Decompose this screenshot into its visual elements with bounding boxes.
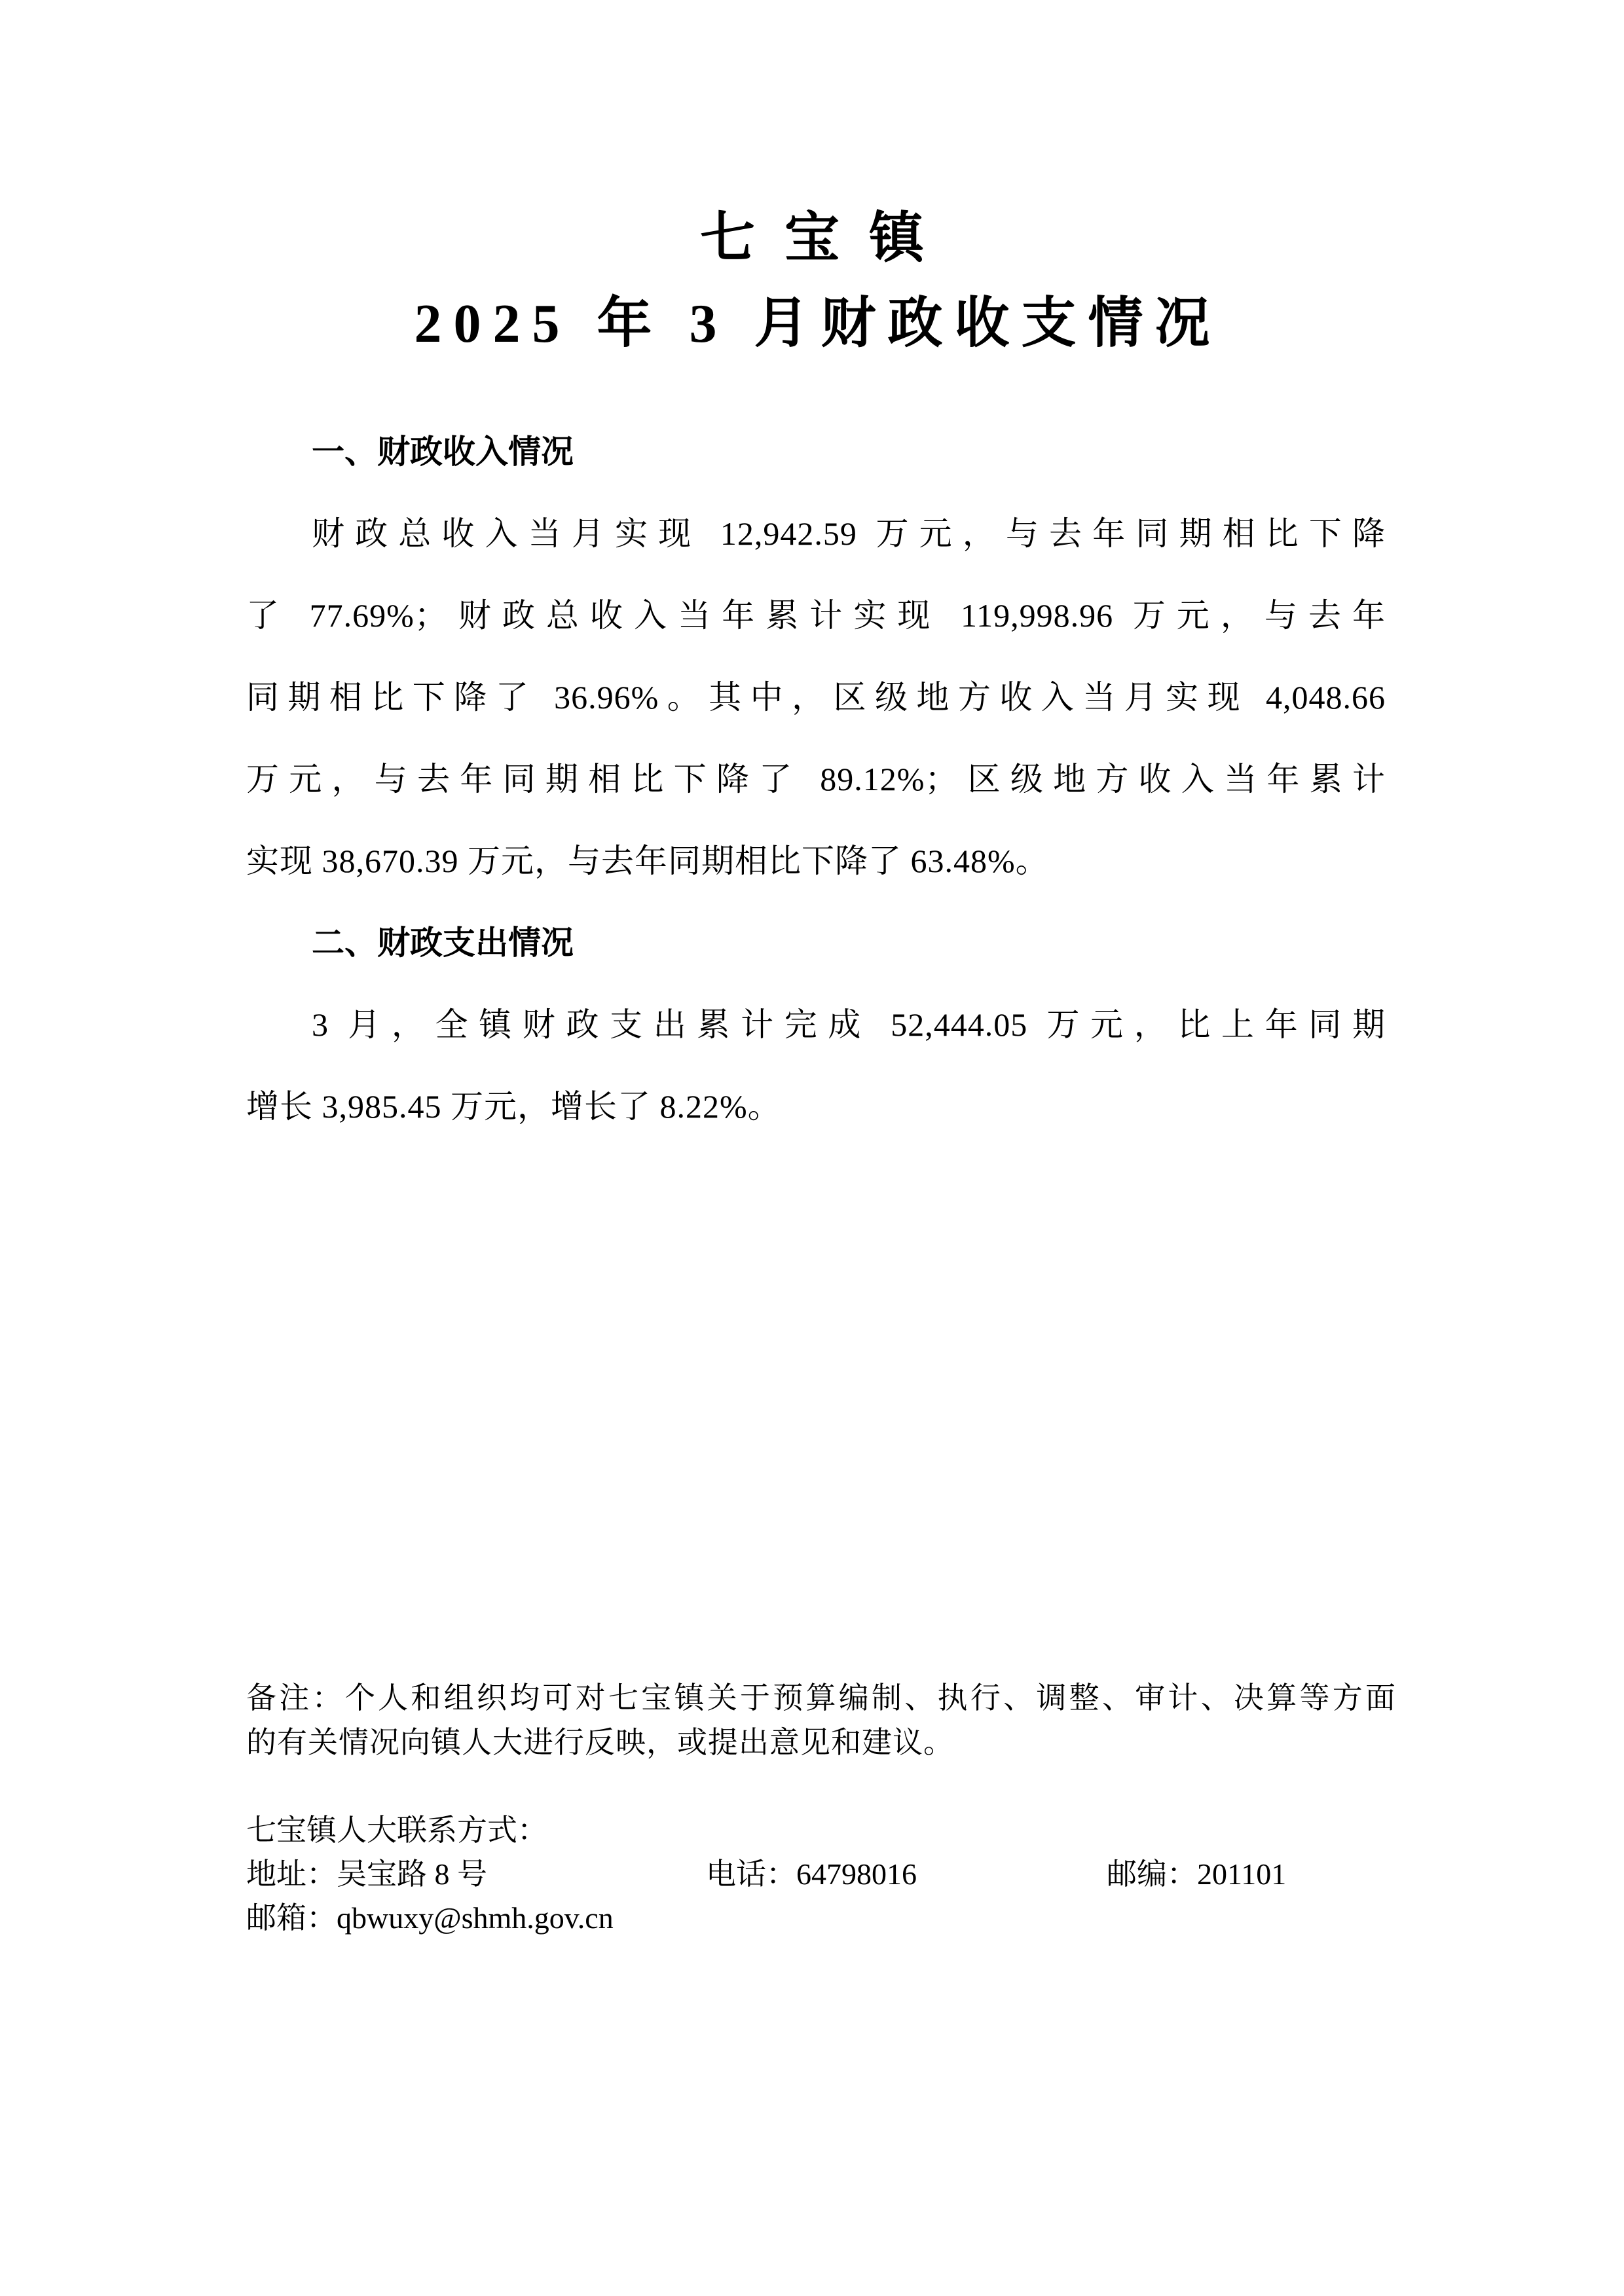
paragraph-expenditure: 3 月，全镇财政支出累计完成 52,444.05 万元，比上年同期增长 3,98… <box>246 984 1386 1148</box>
text-line: 财政总收入当月实现 12,942.59 万元，与去年同期相比下降 <box>246 493 1386 575</box>
contact-block: 七宝镇人大联系方式： 地址：吴宝路 8 号 电话：64798016 邮编：201… <box>246 1808 1396 1940</box>
contact-row: 地址：吴宝路 8 号 电话：64798016 邮编：201101 <box>246 1852 1396 1896</box>
contact-email: 邮箱：qbwuxy@shmh.gov.cn <box>246 1896 1396 1940</box>
text-line: 增长 3,985.45 万元，增长了 8.22%。 <box>246 1066 1386 1148</box>
paragraph-revenue: 财政总收入当月实现 12,942.59 万元，与去年同期相比下降了 77.69%… <box>246 493 1386 902</box>
title-line-2: 2025 年 3 月财政收支情况 <box>0 282 1624 367</box>
title-line-1: 七宝镇 <box>0 196 1624 282</box>
text-line: 的有关情况向镇人大进行反映，或提出意见和建议。 <box>246 1721 1396 1765</box>
contact-heading: 七宝镇人大联系方式： <box>246 1808 1396 1852</box>
text-line: 备注：个人和组织均可对七宝镇关于预算编制、执行、调整、审计、决算等方面 <box>246 1676 1396 1721</box>
text-line: 万元，与去年同期相比下降了 89.12%；区级地方收入当年累计 <box>246 738 1386 820</box>
text-line: 实现 38,670.39 万元，与去年同期相比下降了 63.48%。 <box>246 820 1386 902</box>
section-fiscal-revenue: 一、财政收入情况 财政总收入当月实现 12,942.59 万元，与去年同期相比下… <box>246 411 1386 902</box>
document-title: 七宝镇 2025 年 3 月财政收支情况 <box>0 196 1624 367</box>
contact-address: 地址：吴宝路 8 号 <box>246 1852 706 1896</box>
contact-postcode: 邮编：201101 <box>1107 1852 1396 1896</box>
section-fiscal-expenditure: 二、财政支出情况 3 月，全镇财政支出累计完成 52,444.05 万元，比上年… <box>246 902 1386 1148</box>
document-page: 七宝镇 2025 年 3 月财政收支情况 一、财政收入情况 财政总收入当月实现 … <box>0 0 1624 2296</box>
text-line: 了 77.69%；财政总收入当年累计实现 119,998.96 万元，与去年 <box>246 575 1386 657</box>
note-paragraph: 备注：个人和组织均可对七宝镇关于预算编制、执行、调整、审计、决算等方面的有关情况… <box>246 1676 1396 1765</box>
contact-phone: 电话：64798016 <box>706 1852 1107 1896</box>
text-line: 同期相比下降了 36.96%。其中，区级地方收入当月实现 4,048.66 <box>246 657 1386 738</box>
section-heading-revenue: 一、财政收入情况 <box>246 411 1386 493</box>
text-line: 3 月，全镇财政支出累计完成 52,444.05 万元，比上年同期 <box>246 984 1386 1066</box>
section-heading-expenditure: 二、财政支出情况 <box>246 902 1386 984</box>
